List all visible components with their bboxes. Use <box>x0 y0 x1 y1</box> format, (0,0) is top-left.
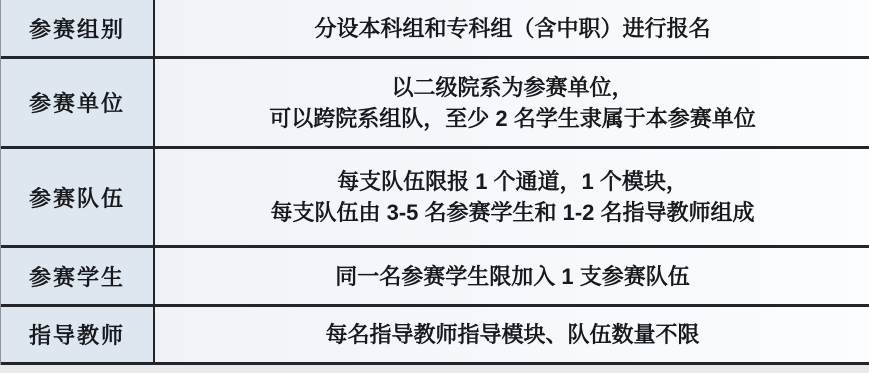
row-value-line: 可以跨院系组队，至少 2 名学生隶属于本参赛单位 <box>269 103 755 134</box>
row-label-cell: 参赛组别 <box>1 0 155 56</box>
table-row: 参赛队伍 每支队伍限报 1 个通道，1 个模块， 每支队伍由 3-5 名参赛学生… <box>1 149 869 248</box>
row-value-cell: 每名指导教师指导模块、队伍数量不限 <box>155 307 869 362</box>
row-label-cell: 参赛单位 <box>1 59 155 146</box>
row-label: 参赛组别 <box>29 13 125 44</box>
row-value-line: 每名指导教师指导模块、队伍数量不限 <box>325 319 699 350</box>
row-value-line: 每支队伍由 3-5 名参赛学生和 1-2 名指导教师组成 <box>270 197 754 228</box>
row-value-line: 同一名参赛学生限加入 1 支参赛队伍 <box>335 261 689 292</box>
row-label: 参赛单位 <box>29 87 125 118</box>
row-label: 参赛学生 <box>29 261 125 292</box>
row-label: 参赛队伍 <box>29 182 125 213</box>
row-label-cell: 参赛队伍 <box>1 149 155 245</box>
row-label-cell: 参赛学生 <box>1 248 155 304</box>
table-row: 指导教师 每名指导教师指导模块、队伍数量不限 <box>1 307 869 365</box>
row-value-cell: 每支队伍限报 1 个通道，1 个模块， 每支队伍由 3-5 名参赛学生和 1-2… <box>155 149 869 245</box>
table-row: 参赛学生 同一名参赛学生限加入 1 支参赛队伍 <box>1 248 869 307</box>
table-row: 参赛组别 分设本科组和专科组（含中职）进行报名 <box>1 0 869 59</box>
row-value-cell: 以二级院系为参赛单位， 可以跨院系组队，至少 2 名学生隶属于本参赛单位 <box>155 59 869 146</box>
row-value-line: 分设本科组和专科组（含中职）进行报名 <box>314 13 710 44</box>
row-label: 指导教师 <box>29 319 125 350</box>
row-value-line: 每支队伍限报 1 个通道，1 个模块， <box>337 166 688 197</box>
registration-rules-table: 参赛组别 分设本科组和专科组（含中职）进行报名 参赛单位 以二级院系为参赛单位，… <box>0 0 869 365</box>
row-value-line: 以二级院系为参赛单位， <box>391 72 633 103</box>
table-row: 参赛单位 以二级院系为参赛单位， 可以跨院系组队，至少 2 名学生隶属于本参赛单… <box>1 59 869 149</box>
page-background: 参赛组别 分设本科组和专科组（含中职）进行报名 参赛单位 以二级院系为参赛单位，… <box>0 0 869 373</box>
row-value-cell: 分设本科组和专科组（含中职）进行报名 <box>155 0 869 56</box>
row-value-cell: 同一名参赛学生限加入 1 支参赛队伍 <box>155 248 869 304</box>
row-label-cell: 指导教师 <box>1 307 155 362</box>
